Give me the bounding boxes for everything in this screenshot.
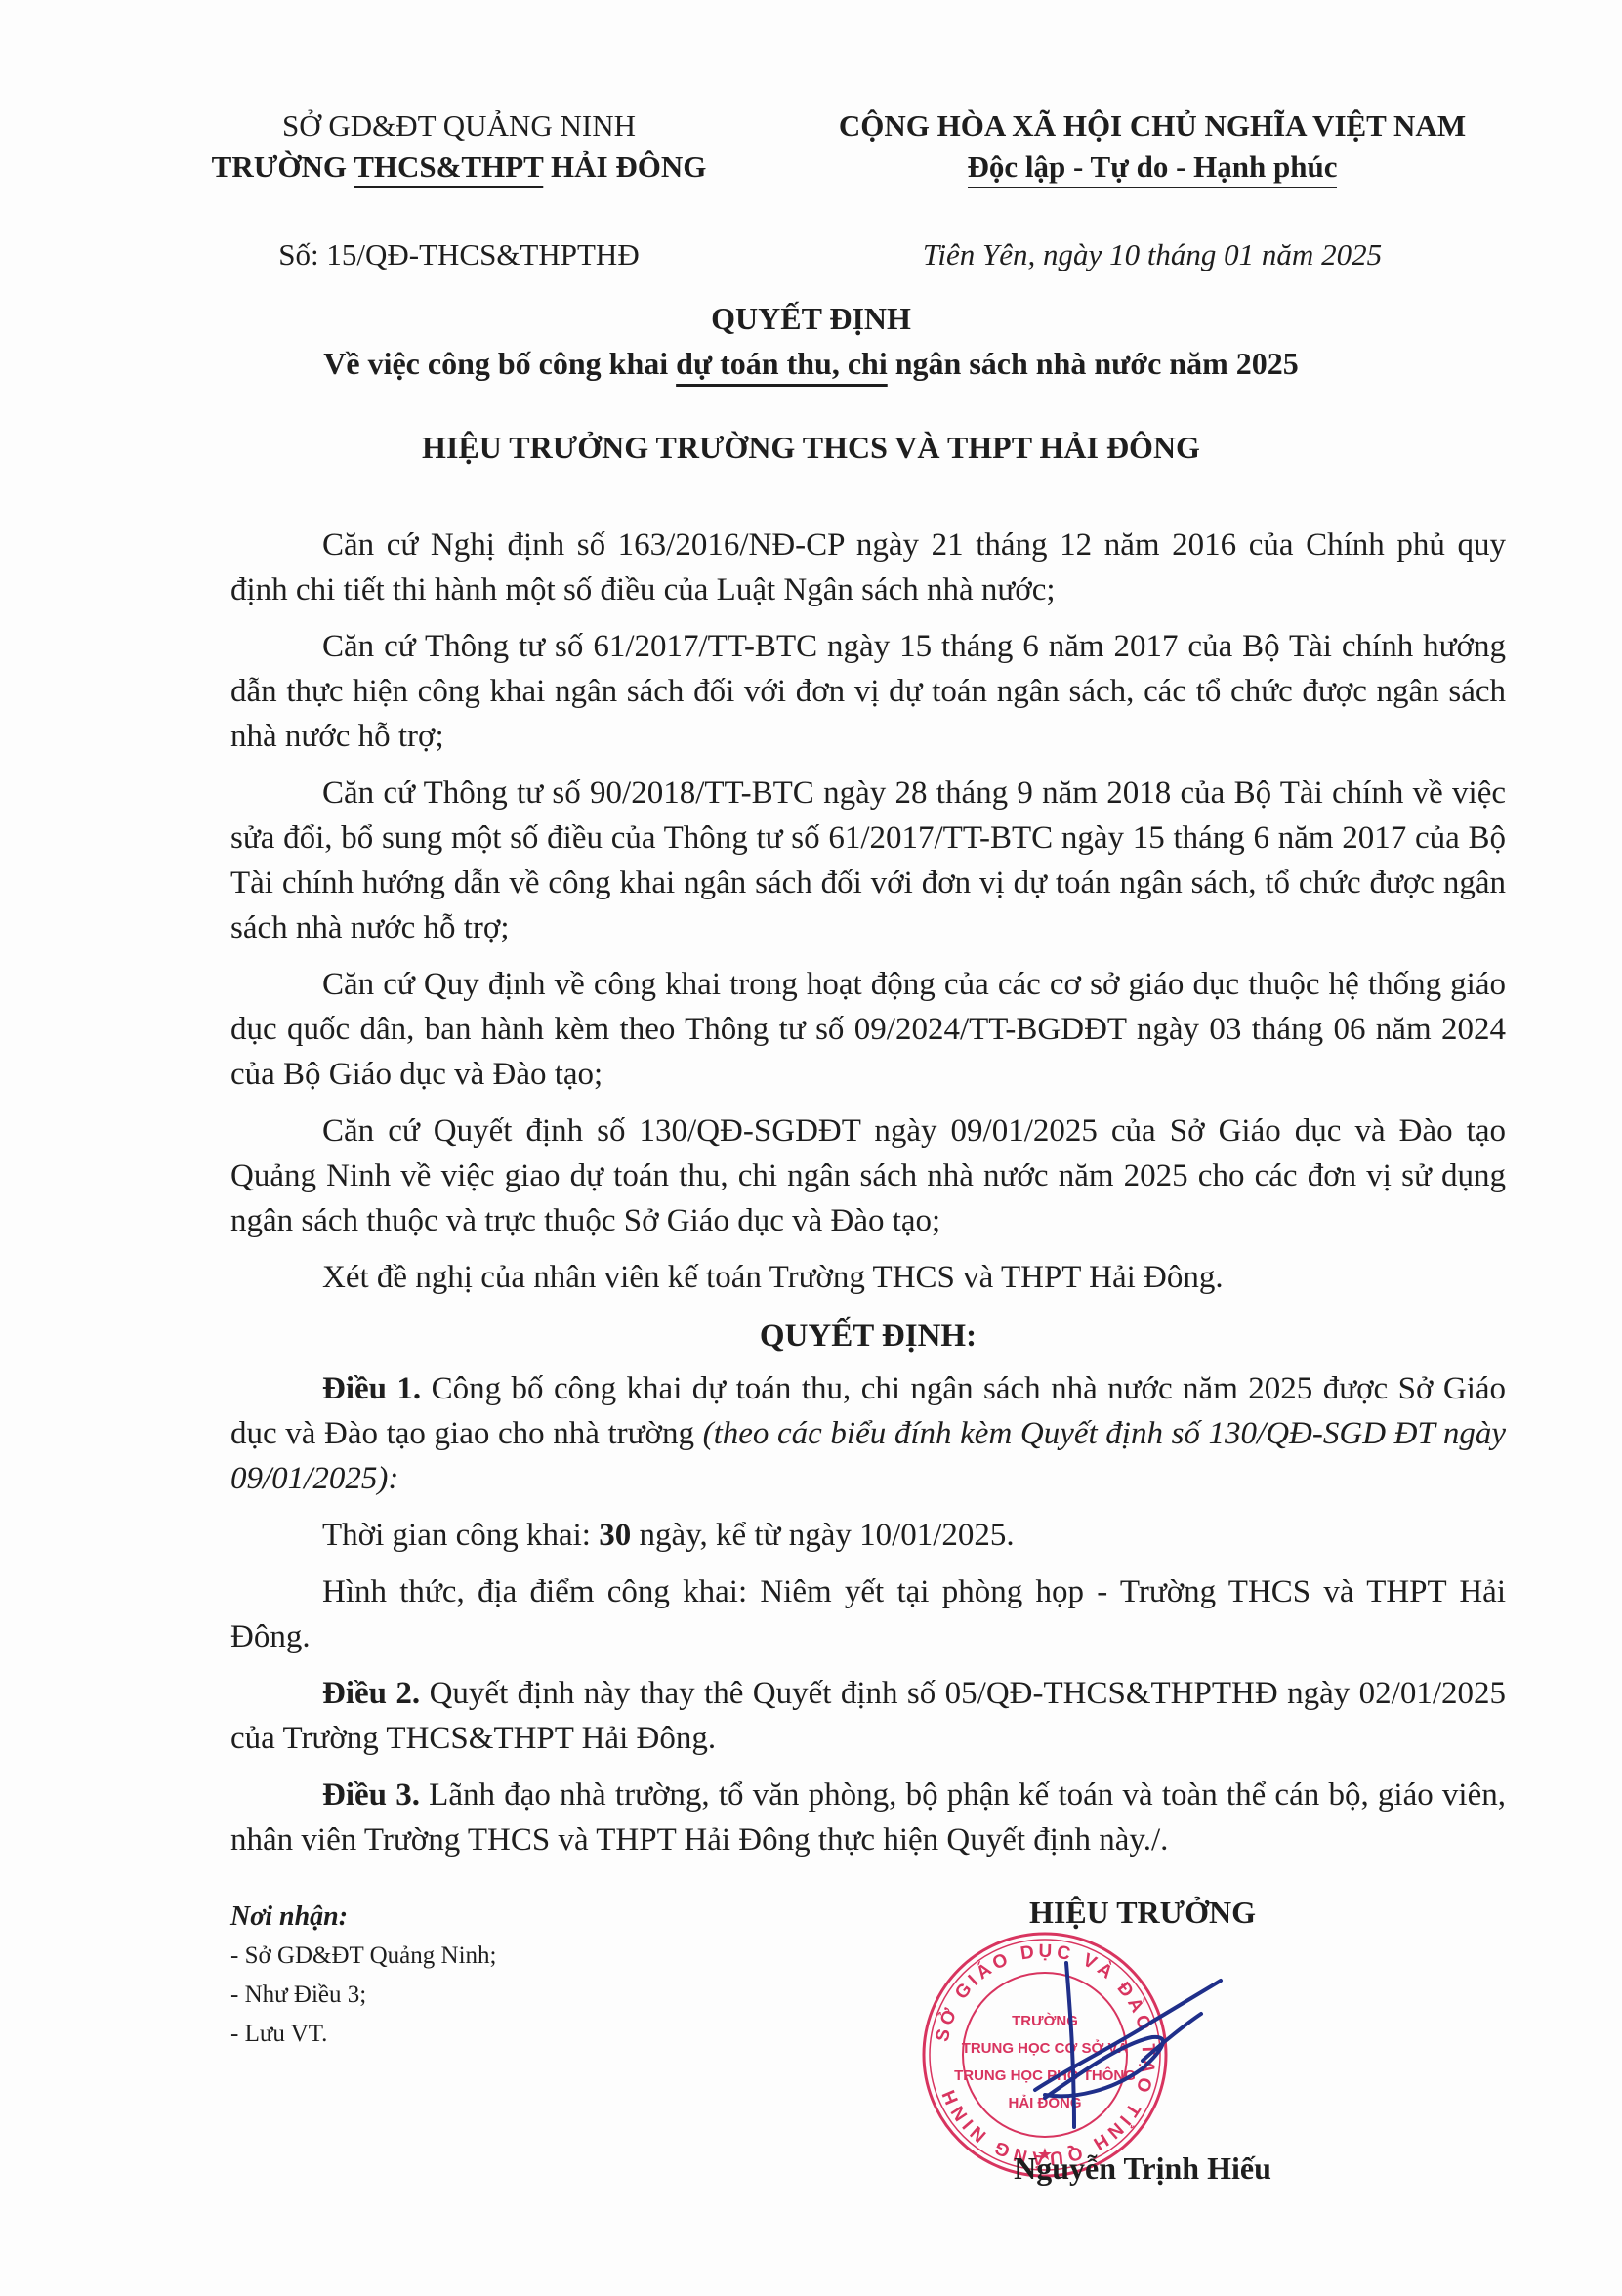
recipients-title: Nơi nhận: [230, 1898, 738, 1937]
legal-basis-5: Căn cứ Quyết định số 130/QĐ-SGDĐT ngày 0… [230, 1108, 1506, 1243]
disclosure-duration: Thời gian công khai: 30 ngày, kể từ ngày… [230, 1513, 1506, 1558]
national-title-block: CỘNG HÒA XÃ HỘI CHỦ NGHĨA VIỆT NAM Độc l… [762, 105, 1543, 188]
signer-title: HIỆU TRƯỞNG [918, 1895, 1367, 1931]
proposal-basis: Xét đề nghị của nhân viên kế toán Trường… [230, 1255, 1506, 1300]
place-date: Tiên Yên, ngày 10 tháng 01 năm 2025 [762, 237, 1543, 272]
signature-block: HIỆU TRƯỞNG SỞ GIÁO DỤC VÀ ĐÀO TẠO TỈNH … [918, 1895, 1367, 1931]
school-name: TRƯỜNG THCS&THPT HẢI ĐÔNG [156, 146, 762, 188]
document-type-heading: QUYẾT ĐỊNH [0, 301, 1622, 337]
document-number: Số: 15/QĐ-THCS&THPTHĐ [156, 237, 762, 272]
republic-title: CỘNG HÒA XÃ HỘI CHỦ NGHĨA VIỆT NAM [762, 105, 1543, 146]
legal-basis-4: Căn cứ Quy định về công khai trong hoạt … [230, 962, 1506, 1097]
handwritten-signature-icon [1006, 1953, 1260, 2139]
article-1: Điều 1. Công bố công khai dự toán thu, c… [230, 1366, 1506, 1501]
agency-name: SỞ GD&ĐT QUẢNG NINH [156, 105, 762, 146]
article-2: Điều 2. Quyết định này thay thê Quyết đị… [230, 1671, 1506, 1761]
legal-basis-3: Căn cứ Thông tư số 90/2018/TT-BTC ngày 2… [230, 771, 1506, 950]
recipients-block: Nơi nhận: - Sở GD&ĐT Quảng Ninh; - Như Đ… [230, 1898, 738, 2054]
document-page: SỞ GD&ĐT QUẢNG NINH TRƯỜNG THCS&THPT HẢI… [0, 0, 1622, 2296]
recipient-item: - Như Điều 3; [230, 1976, 738, 2015]
issuing-authority: HIỆU TRƯỞNG TRƯỜNG THCS VÀ THPT HẢI ĐÔNG [0, 430, 1622, 466]
legal-basis-1: Căn cứ Nghị định số 163/2016/NĐ-CP ngày … [230, 522, 1506, 612]
document-body: Căn cứ Nghị định số 163/2016/NĐ-CP ngày … [230, 522, 1506, 1874]
article-3: Điều 3. Lãnh đạo nhà trường, tổ văn phòn… [230, 1773, 1506, 1862]
disclosure-form-place: Hình thức, địa điểm công khai: Niêm yết … [230, 1569, 1506, 1659]
recipient-item: - Sở GD&ĐT Quảng Ninh; [230, 1937, 738, 1976]
decision-heading: QUYẾT ĐỊNH: [230, 1314, 1506, 1358]
signer-name: Nguyễn Trịnh Hiếu [918, 2150, 1367, 2187]
document-subject: Về việc công bố công khai dự toán thu, c… [0, 346, 1622, 382]
national-motto: Độc lập - Tự do - Hạnh phúc [968, 149, 1338, 188]
recipient-item: - Lưu VT. [230, 2015, 738, 2054]
legal-basis-2: Căn cứ Thông tư số 61/2017/TT-BTC ngày 1… [230, 624, 1506, 759]
issuing-agency-block: SỞ GD&ĐT QUẢNG NINH TRƯỜNG THCS&THPT HẢI… [156, 105, 762, 188]
